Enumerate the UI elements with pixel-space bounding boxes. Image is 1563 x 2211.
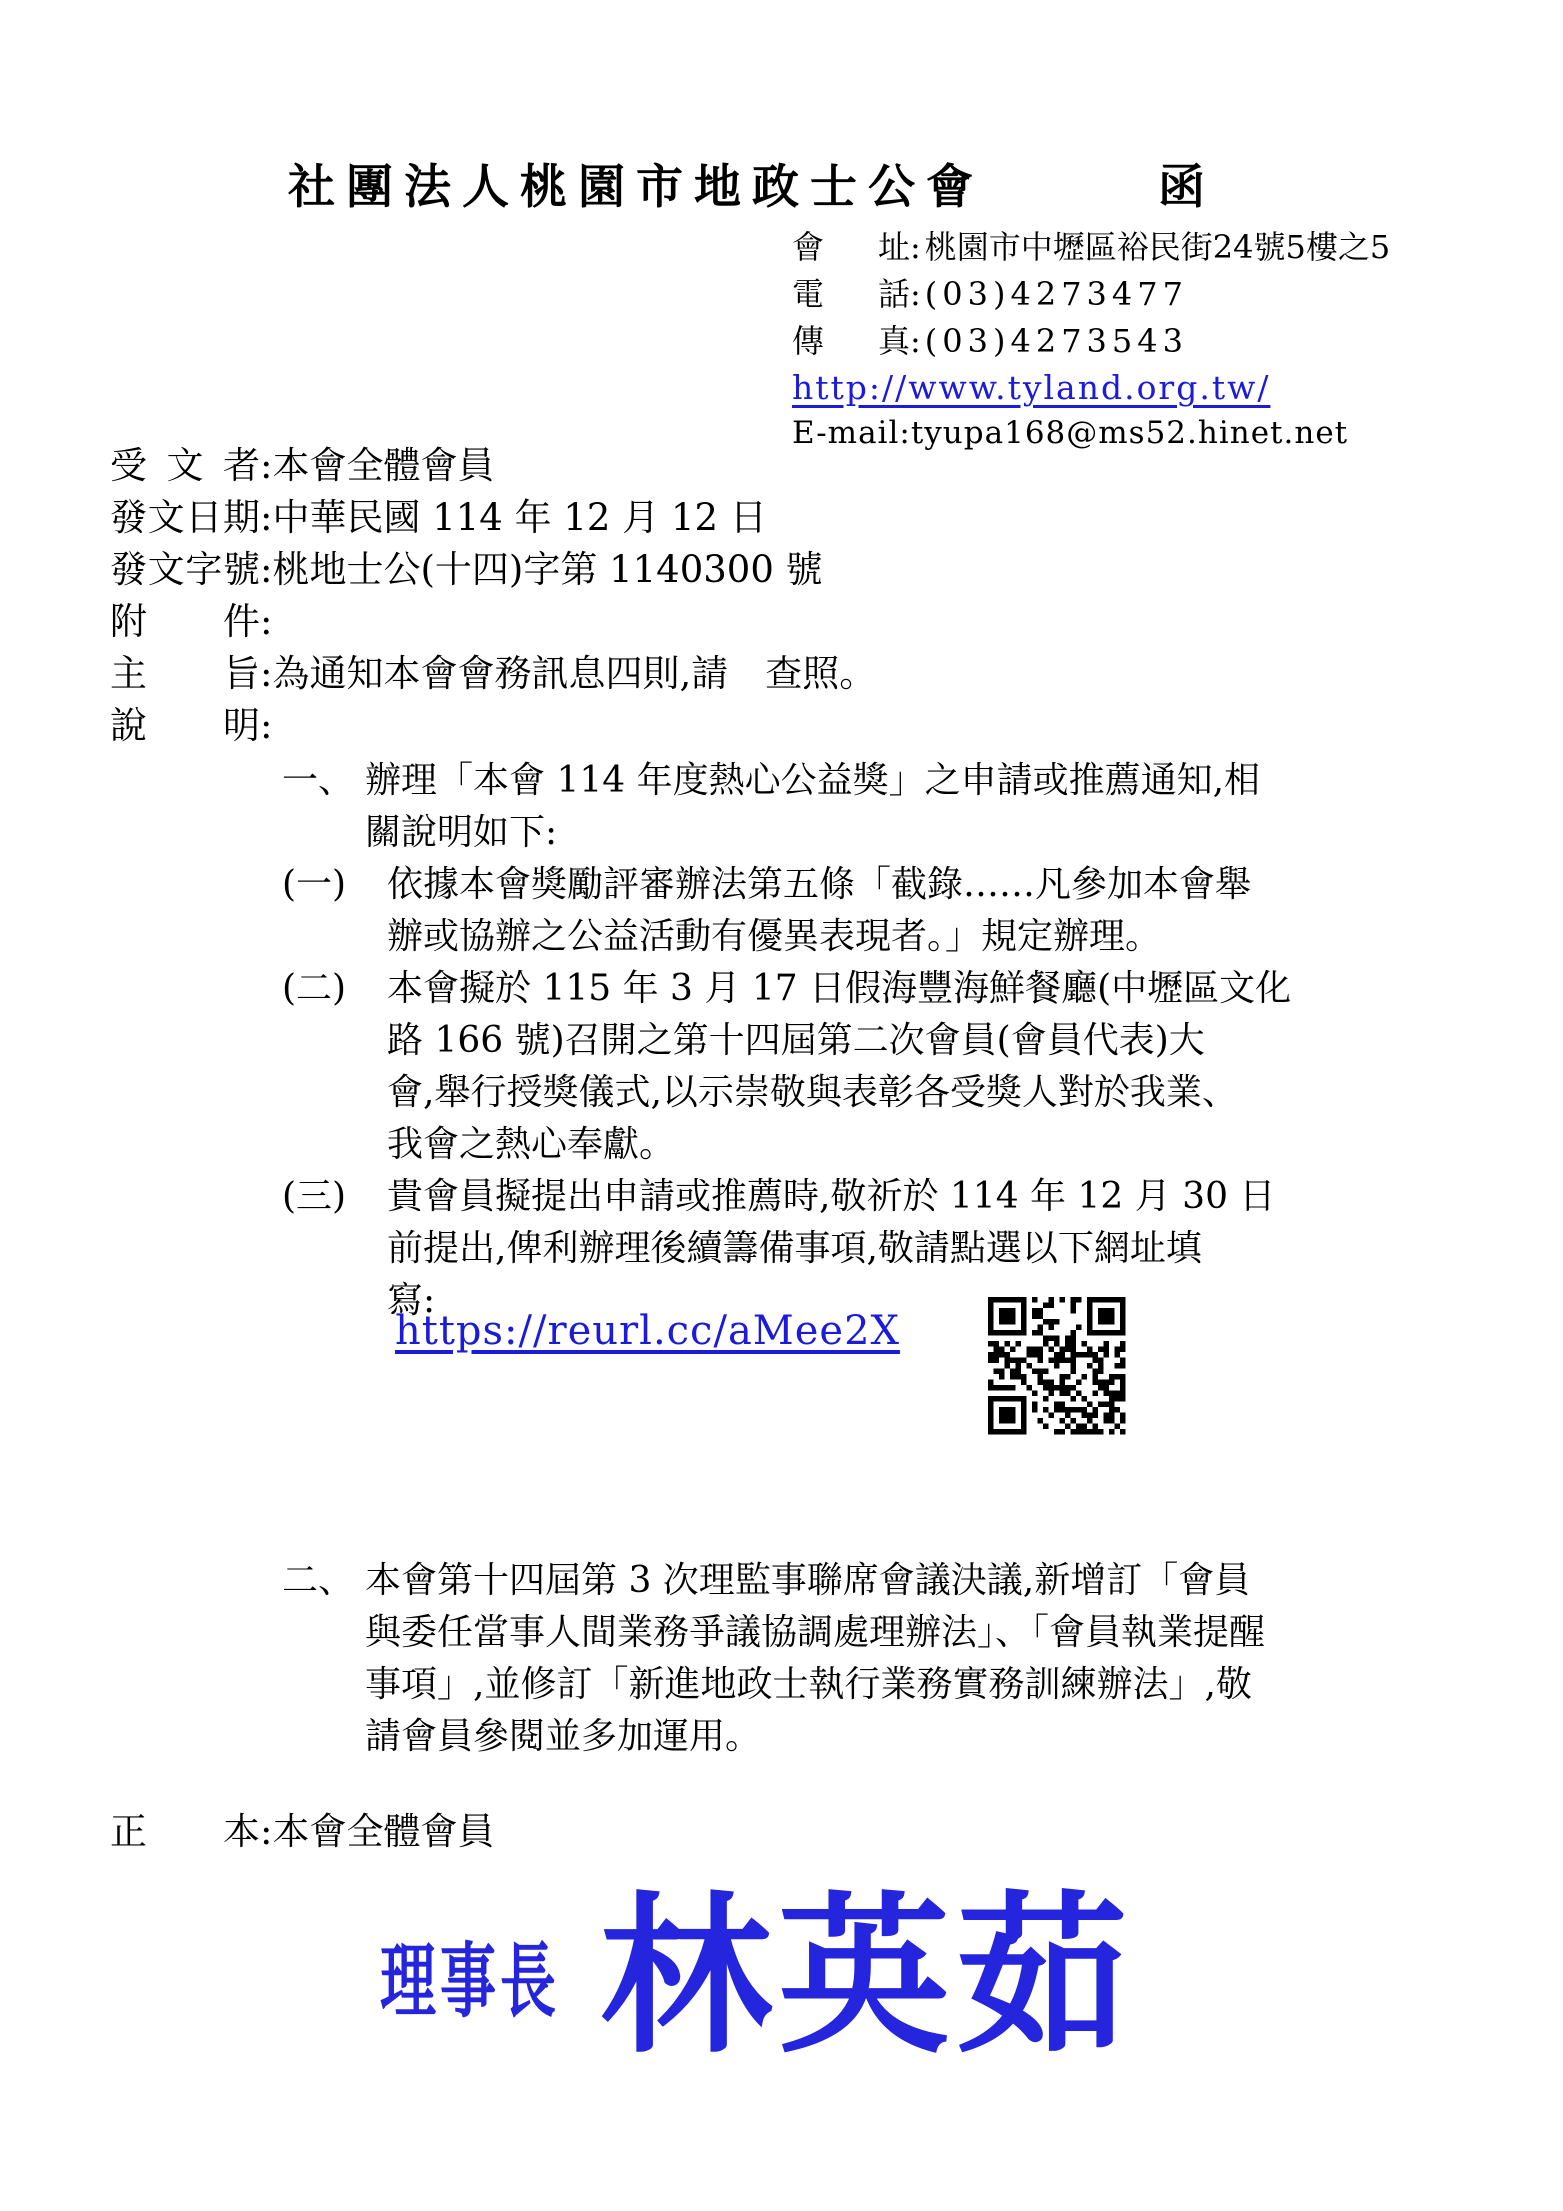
text-line: 本會第十四屆第 3 次理監事聯席會議決議,新增訂「會員	[365, 1555, 1265, 1607]
chairman-title: 理事長	[380, 1918, 560, 2034]
colon: :	[260, 548, 272, 591]
subitem-2-text: 本會擬於 115 年 3 月 17 日假海豐海鮮餐廳(中壢區文化 路 166 號…	[387, 963, 1291, 1171]
issue-date-label: 發文日期	[110, 492, 260, 544]
text-line: 依據本會獎勵評審辦法第五條「截錄……凡參加本會舉	[387, 859, 1251, 911]
subitem-2-marker: (二)	[282, 963, 387, 1015]
subject-row: 主旨:為通知本會會務訊息四則,請 查照。	[110, 648, 876, 700]
fax-value: (03)4273543	[925, 322, 1188, 360]
body-subitem-2: (二) 本會擬於 115 年 3 月 17 日假海豐海鮮餐廳(中壢區文化 路 1…	[282, 963, 1291, 1171]
chairman-name: 林英茹	[600, 1881, 1134, 2070]
subject-label: 主旨	[110, 648, 260, 700]
colon: :	[910, 228, 921, 266]
section-2-text: 本會第十四屆第 3 次理監事聯席會議決議,新增訂「會員 與委任當事人間業務爭議協…	[365, 1555, 1265, 1763]
phone-value: (03)4273477	[925, 275, 1188, 313]
fax-row: 傳真:(03)4273543	[792, 318, 1390, 365]
body-subitem-3: (三) 貴會員擬提出申請或推薦時,敬祈於 114 年 12 月 30 日 前提出…	[282, 1171, 1275, 1327]
text-line: 與委任當事人間業務爭議協調處理辦法」、「會員執業提醒	[365, 1607, 1265, 1659]
original-copy-row: 正本:本會全體會員	[110, 1806, 494, 1858]
text-line: 事項」,並修訂「新進地政士執行業務實務訓練辦法」,敬	[365, 1659, 1265, 1711]
description-row: 說明:	[110, 700, 876, 752]
original-copy-value: 本會全體會員	[272, 1810, 494, 1853]
description-label: 說明	[110, 700, 260, 752]
letter-meta-block: 受文者:本會全體會員 發文日期:中華民國 114 年 12 月 12 日 發文字…	[110, 440, 876, 752]
text-line: 路 166 號)召開之第十四屆第二次會員(會員代表)大	[387, 1015, 1291, 1067]
section-1-text: 辦理「本會 114 年度熱心公益獎」之申請或推薦通知,相 關說明如下:	[365, 755, 1260, 859]
recipient-label: 受文者	[110, 440, 260, 492]
colon: :	[260, 600, 272, 643]
body-section-2: 二、 本會第十四屆第 3 次理監事聯席會議決議,新增訂「會員 與委任當事人間業務…	[282, 1555, 1265, 1763]
recipient-value: 本會全體會員	[272, 444, 494, 487]
text-line: 關說明如下:	[365, 807, 1260, 859]
text-line: 本會擬於 115 年 3 月 17 日假海豐海鮮餐廳(中壢區文化	[387, 963, 1291, 1015]
colon: :	[260, 704, 272, 747]
text-line: 貴會員擬提出申請或推薦時,敬祈於 114 年 12 月 30 日	[387, 1171, 1275, 1223]
website-link[interactable]: http://www.tyland.org.tw/	[792, 368, 1270, 407]
section-1-marker: 一、	[282, 755, 365, 807]
colon: :	[910, 322, 921, 360]
organization-title: 社團法人桃園市地政士公會	[288, 150, 984, 217]
section-2-marker: 二、	[282, 1555, 365, 1607]
body-section-1: 一、 辦理「本會 114 年度熱心公益獎」之申請或推薦通知,相 關說明如下:	[282, 755, 1260, 859]
phone-label: 電話	[792, 271, 910, 318]
official-letter-document: 社團法人桃園市地政士公會 函 會址:桃園市中壢區裕民街24號5樓之5 電話:(0…	[0, 0, 1563, 2211]
address-value: 桃園市中壢區裕民街24號5樓之5	[925, 228, 1390, 266]
colon: :	[260, 652, 272, 695]
document-type-label: 函	[1158, 150, 1205, 217]
phone-row: 電話:(03)4273477	[792, 271, 1390, 318]
attachment-label: 附件	[110, 596, 260, 648]
contact-info-block: 會址:桃園市中壢區裕民街24號5樓之5 電話:(03)4273477 傳真:(0…	[792, 224, 1390, 454]
colon: :	[260, 1810, 272, 1853]
text-line: 會,舉行授獎儀式,以示崇敬與表彰各受獎人對於我業、	[387, 1067, 1291, 1119]
subitem-1-text: 依據本會獎勵評審辦法第五條「截錄……凡參加本會舉 辦或協辦之公益活動有優異表現者…	[387, 859, 1251, 963]
reference-number-value: 桃地士公(十四)字第 1140300 號	[272, 548, 822, 591]
subitem-3-marker: (三)	[282, 1171, 387, 1223]
issue-date-row: 發文日期:中華民國 114 年 12 月 12 日	[110, 492, 876, 544]
recipient-row: 受文者:本會全體會員	[110, 440, 876, 492]
colon: :	[260, 444, 272, 487]
attachment-row: 附件:	[110, 596, 876, 648]
subject-value: 為通知本會會務訊息四則,請 查照。	[272, 652, 876, 695]
body-subitem-1: (一) 依據本會獎勵評審辦法第五條「截錄……凡參加本會舉 辦或協辦之公益活動有優…	[282, 859, 1251, 963]
reference-number-row: 發文字號:桃地士公(十四)字第 1140300 號	[110, 544, 876, 596]
website-row: http://www.tyland.org.tw/	[792, 365, 1390, 412]
subitem-1-marker: (一)	[282, 859, 387, 911]
address-label: 會址	[792, 224, 910, 271]
colon: :	[910, 275, 921, 313]
text-line: 前提出,俾利辦理後續籌備事項,敬請點選以下網址填	[387, 1223, 1275, 1275]
issue-date-value: 中華民國 114 年 12 月 12 日	[272, 496, 766, 539]
chairman-signature: 理事長 林英茹	[380, 1866, 1134, 2086]
application-form-link[interactable]: https://reurl.cc/aMee2X	[395, 1308, 900, 1354]
reference-number-label: 發文字號	[110, 544, 260, 596]
colon: :	[260, 496, 272, 539]
text-line: 請會員參閱並多加運用。	[365, 1711, 1265, 1763]
original-copy-label: 正本	[110, 1806, 260, 1858]
subitem-3-text: 貴會員擬提出申請或推薦時,敬祈於 114 年 12 月 30 日 前提出,俾利辦…	[387, 1171, 1275, 1327]
text-line: 辦理「本會 114 年度熱心公益獎」之申請或推薦通知,相	[365, 755, 1260, 807]
qr-code	[988, 1297, 1126, 1435]
email-row: E-mail:tyupa168@ms52.hinet.net	[792, 412, 1390, 454]
text-line: 我會之熱心奉獻。	[387, 1119, 1291, 1171]
text-line: 辦或協辦之公益活動有優異表現者。」規定辦理。	[387, 911, 1251, 963]
fax-label: 傳真	[792, 318, 910, 365]
address-row: 會址:桃園市中壢區裕民街24號5樓之5	[792, 224, 1390, 271]
